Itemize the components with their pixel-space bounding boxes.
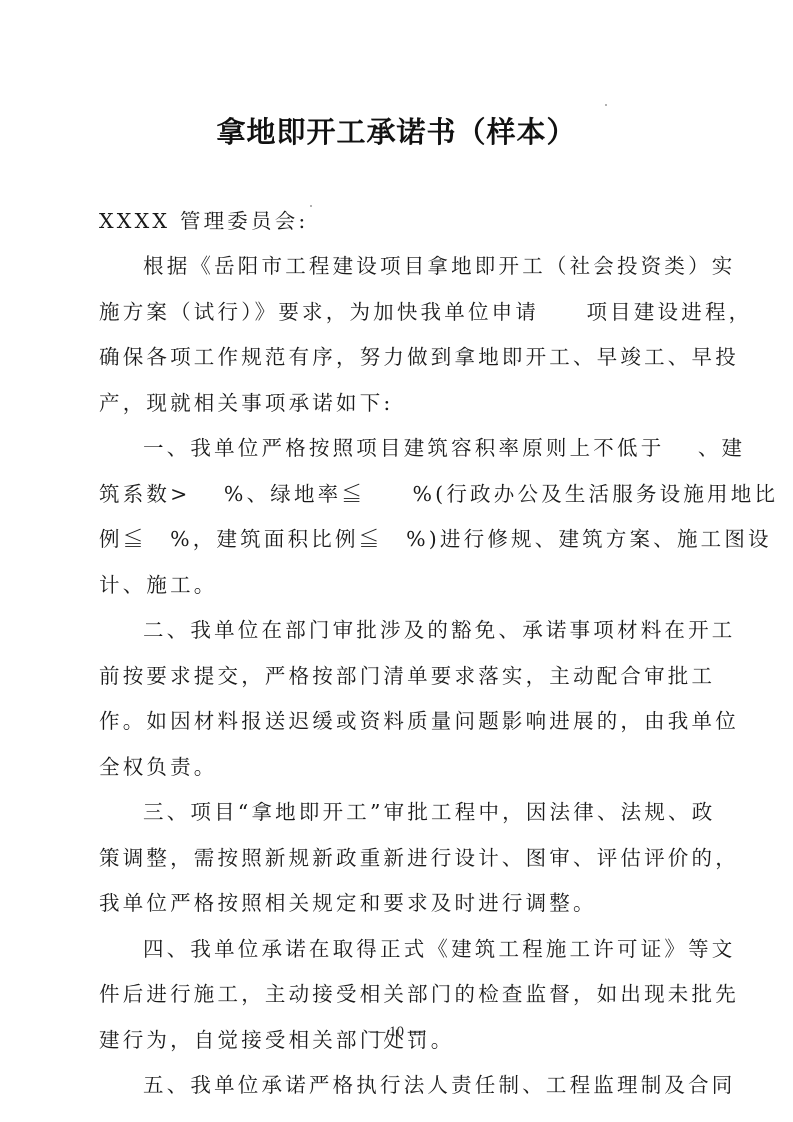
- scan-speck: [605, 104, 607, 106]
- document-page: 拿地即开工承诺书（样本） XXXX 管理委员会: 根据《岳阳市工程建设项目拿地即…: [0, 0, 793, 1122]
- paragraph-line: 例≦ %，建筑面积比例≦ %)进行修规、建筑方案、施工图设: [99, 522, 699, 552]
- paragraph-line: 产，现就相关事项承诺如下:: [99, 386, 699, 416]
- paragraph-line: 四、我单位承诺在取得正式《建筑工程施工许可证》等文: [143, 932, 743, 962]
- paragraph-line: 三、项目“拿地即开工”审批工程中，因法律、法规、政: [143, 795, 743, 825]
- addressee: XXXX 管理委员会:: [99, 204, 699, 234]
- paragraph-line: 计、施工。: [99, 568, 699, 598]
- paragraph-line: 件后进行施工，主动接受相关部门的检查监督，如出现未批先: [99, 977, 699, 1007]
- paragraph-line: 我单位严格按照相关规定和要求及时进行调整。: [99, 886, 699, 916]
- paragraph-line: 五、我单位承诺严格执行法人责任制、工程监理制及合同: [143, 1068, 743, 1098]
- paragraph-line: 根据《岳阳市工程建设项目拿地即开工（社会投资类）实: [143, 249, 743, 279]
- paragraph-line: 二、我单位在部门审批涉及的豁免、承诺事项材料在开工: [143, 613, 743, 643]
- paragraph-line: 筑系数> %、绿地率≦ %(行政办公及生活服务设施用地比: [99, 477, 699, 507]
- paragraph-line: 全权负责。: [99, 750, 699, 780]
- paragraph-line: 前按要求提交，严格按部门清单要求落实，主动配合审批工: [99, 659, 699, 689]
- paragraph-line: 一、我单位严格按照项目建筑容积率原则上不低于 、建: [143, 431, 743, 461]
- paragraph-line: 作。如因材料报送迟缓或资料质量问题影响进展的，由我单位: [99, 704, 699, 734]
- page-number: — 10 —: [0, 1024, 793, 1041]
- paragraph-line: 策调整，需按照新规新政重新进行设计、图审、评估评价的，: [99, 841, 699, 871]
- paragraph-line: 施方案（试行）》要求，为加快我单位申请 项目建设进程，: [99, 295, 699, 325]
- document-title: 拿地即开工承诺书（样本）: [0, 110, 793, 151]
- paragraph-line: 确保各项工作规范有序，努力做到拿地即开工、早竣工、早投: [99, 340, 699, 370]
